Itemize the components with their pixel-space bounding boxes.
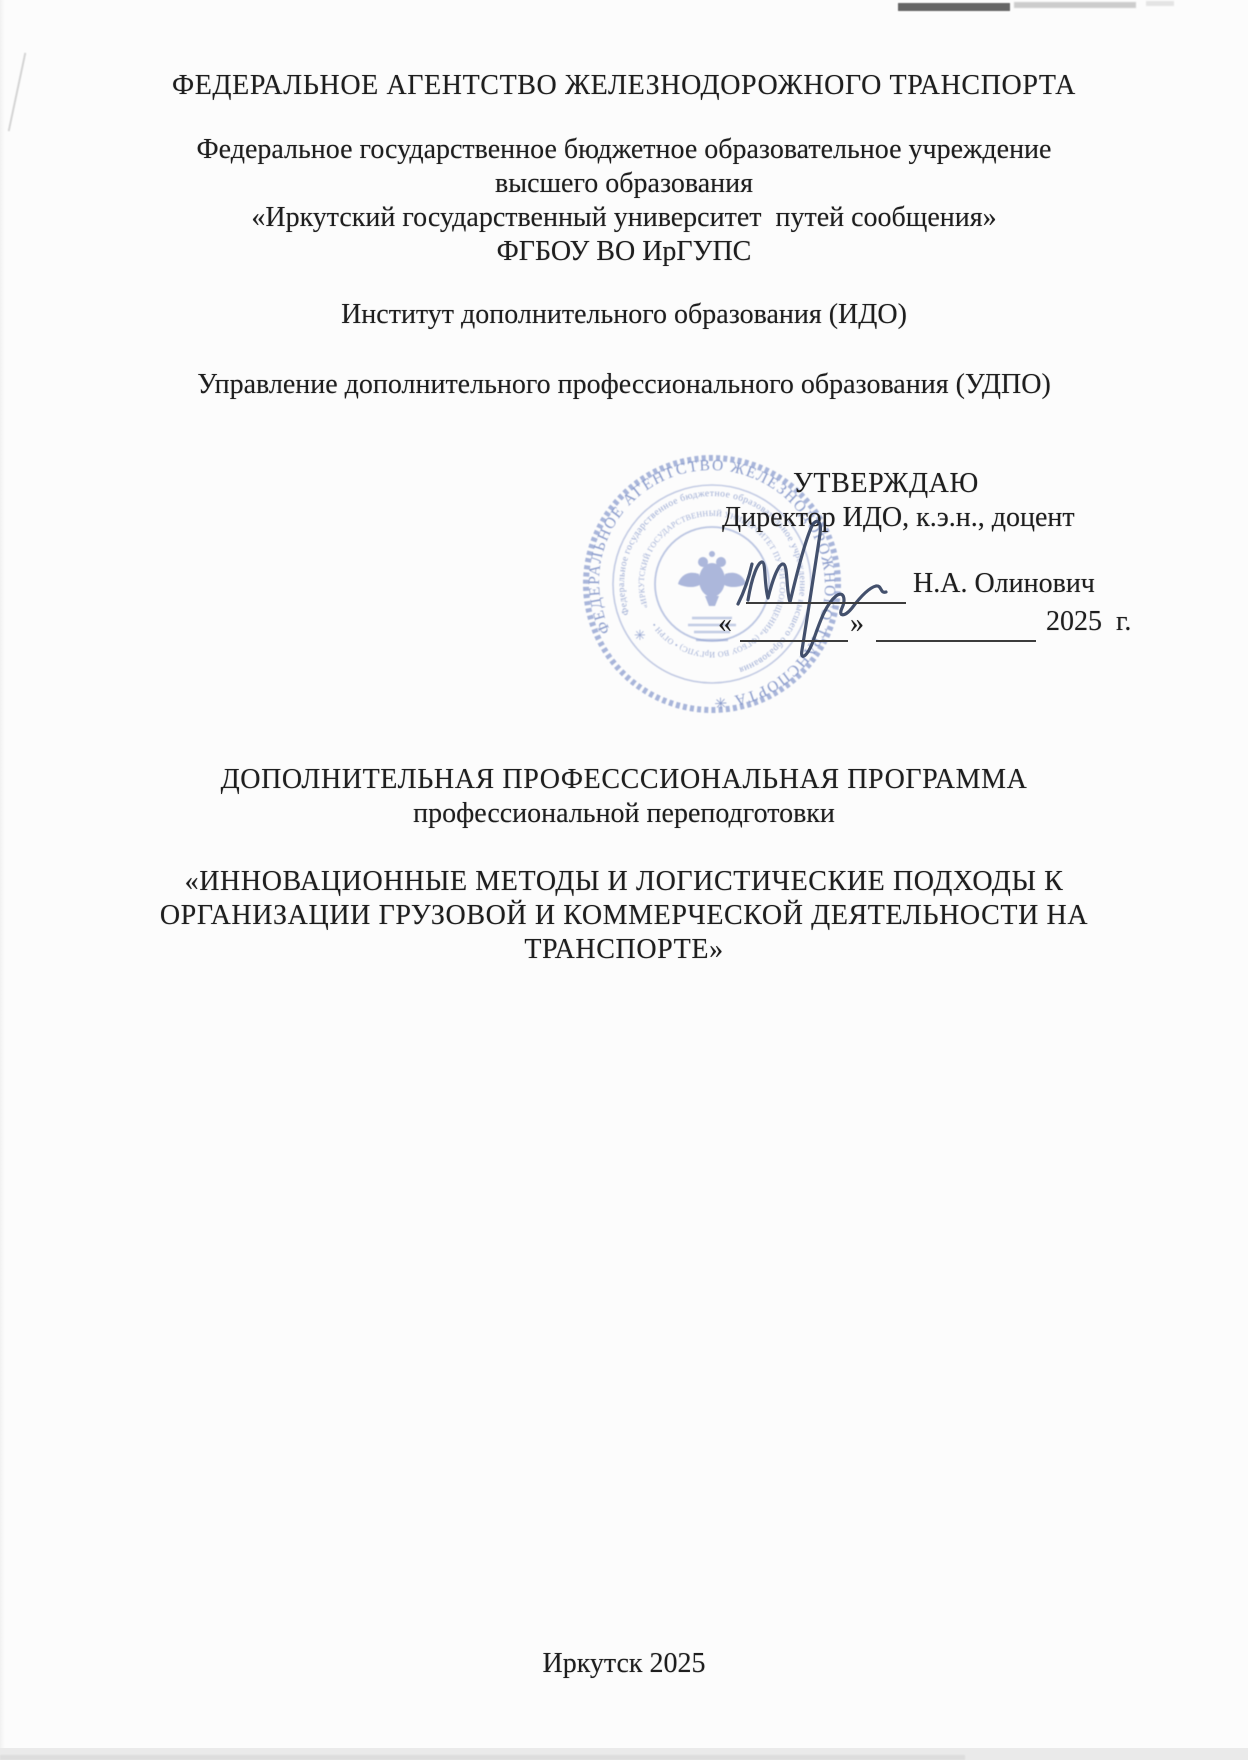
org-name-line3: «Иркутский государственный университет п… bbox=[0, 202, 1248, 234]
scan-artifact-top-gray-strip bbox=[1014, 2, 1136, 8]
signature-line bbox=[746, 576, 906, 604]
scan-artifact-bottom-band-dark bbox=[0, 1755, 965, 1760]
date-month-line bbox=[876, 614, 1036, 642]
scan-artifact-top-faint-strip bbox=[1146, 1, 1174, 6]
department-line: Управление дополнительного профессиональ… bbox=[0, 369, 1248, 401]
org-name-line2: высшего образования bbox=[0, 168, 1248, 200]
program-type-title: ДОПОЛНИТЕЛЬНАЯ ПРОФЕСССИОНАЛЬНАЯ ПРОГРАМ… bbox=[0, 764, 1248, 796]
program-name-line1: «ИННОВАЦИОННЫЕ МЕТОДЫ И ЛОГИСТИЧЕСКИЕ ПО… bbox=[0, 866, 1248, 898]
date-year: 2025 г. bbox=[1046, 606, 1131, 638]
institute-line: Институт дополнительного образования (ИД… bbox=[0, 299, 1248, 331]
date-close-quote: » bbox=[850, 608, 864, 640]
org-abbreviation: ФГБОУ ВО ИрГУПС bbox=[0, 236, 1248, 268]
stamp-star-separator: ✳ bbox=[634, 629, 646, 644]
program-subtype-title: профессиональной переподготовки bbox=[0, 798, 1248, 830]
program-name-line3: ТРАНСПОРТЕ» bbox=[0, 934, 1248, 966]
program-name-line2: ОРГАНИЗАЦИИ ГРУЗОВОЙ И КОММЕРЧЕСКОЙ ДЕЯТ… bbox=[0, 900, 1248, 932]
approve-label: УТВЕРЖДАЮ bbox=[793, 468, 979, 500]
footer-city-year: Иркутск 2025 bbox=[0, 1648, 1248, 1680]
approver-name: Н.А. Олинович bbox=[913, 568, 1095, 600]
org-name-line1: Федеральное государственное бюджетное об… bbox=[0, 134, 1248, 166]
scanned-document-page: ФЕДЕРАЛЬНОЕ АГЕНТСТВО ЖЕЛЕЗНОДОРОЖНОГО Т… bbox=[0, 0, 1248, 1760]
date-open-quote: « bbox=[718, 608, 732, 640]
scan-artifact-top-dark-strip bbox=[898, 3, 1010, 11]
date-day-line bbox=[740, 614, 848, 642]
agency-heading: ФЕДЕРАЛЬНОЕ АГЕНТСТВО ЖЕЛЕЗНОДОРОЖНОГО Т… bbox=[0, 70, 1248, 102]
